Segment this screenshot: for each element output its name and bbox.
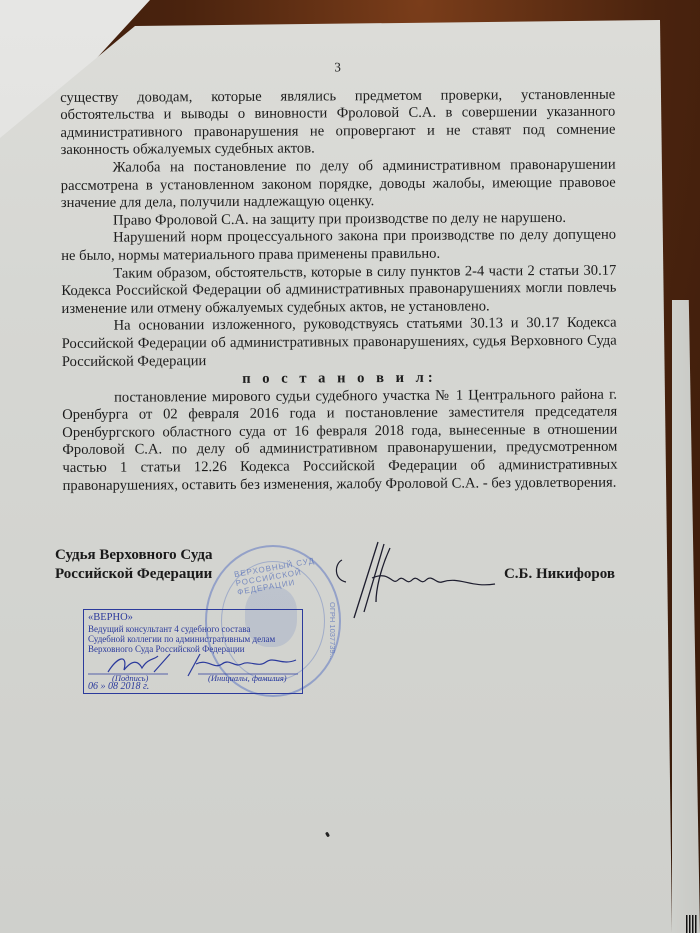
paragraph-6: На основании изложенного, руководствуясь… <box>62 315 617 371</box>
judge-handwritten-signature-icon <box>320 540 500 620</box>
certification-heading: «ВЕРНО» <box>88 613 298 623</box>
certification-line-2: Судебной коллегии по административным де… <box>88 634 298 644</box>
ruling-text: постановление мирового судьи судебного у… <box>62 386 618 495</box>
paragraph-2: Жалоба на постановление по делу об админ… <box>61 157 616 213</box>
page-number: 3 <box>60 57 615 78</box>
judge-name: С.Б. Никифоров <box>504 565 615 584</box>
paragraph-1: существу доводам, которые являлись предм… <box>60 86 615 160</box>
paragraph-5: Таким образом, обстоятельств, которые в … <box>61 262 616 318</box>
paragraph-4: Нарушений норм процессуального закона пр… <box>61 227 616 266</box>
document-body: 3 существу доводам, которые являлись пре… <box>60 57 618 496</box>
certification-line-1: Ведущий консультант 4 судебного состава <box>88 624 298 634</box>
certification-stamp: «ВЕРНО» Ведущий консультант 4 судебного … <box>83 609 303 694</box>
barcode-fragment <box>686 915 698 933</box>
certification-date: 06 » 08 2018 г. <box>88 682 149 692</box>
caption-name: (Инициалы, фамилия) <box>208 673 287 683</box>
